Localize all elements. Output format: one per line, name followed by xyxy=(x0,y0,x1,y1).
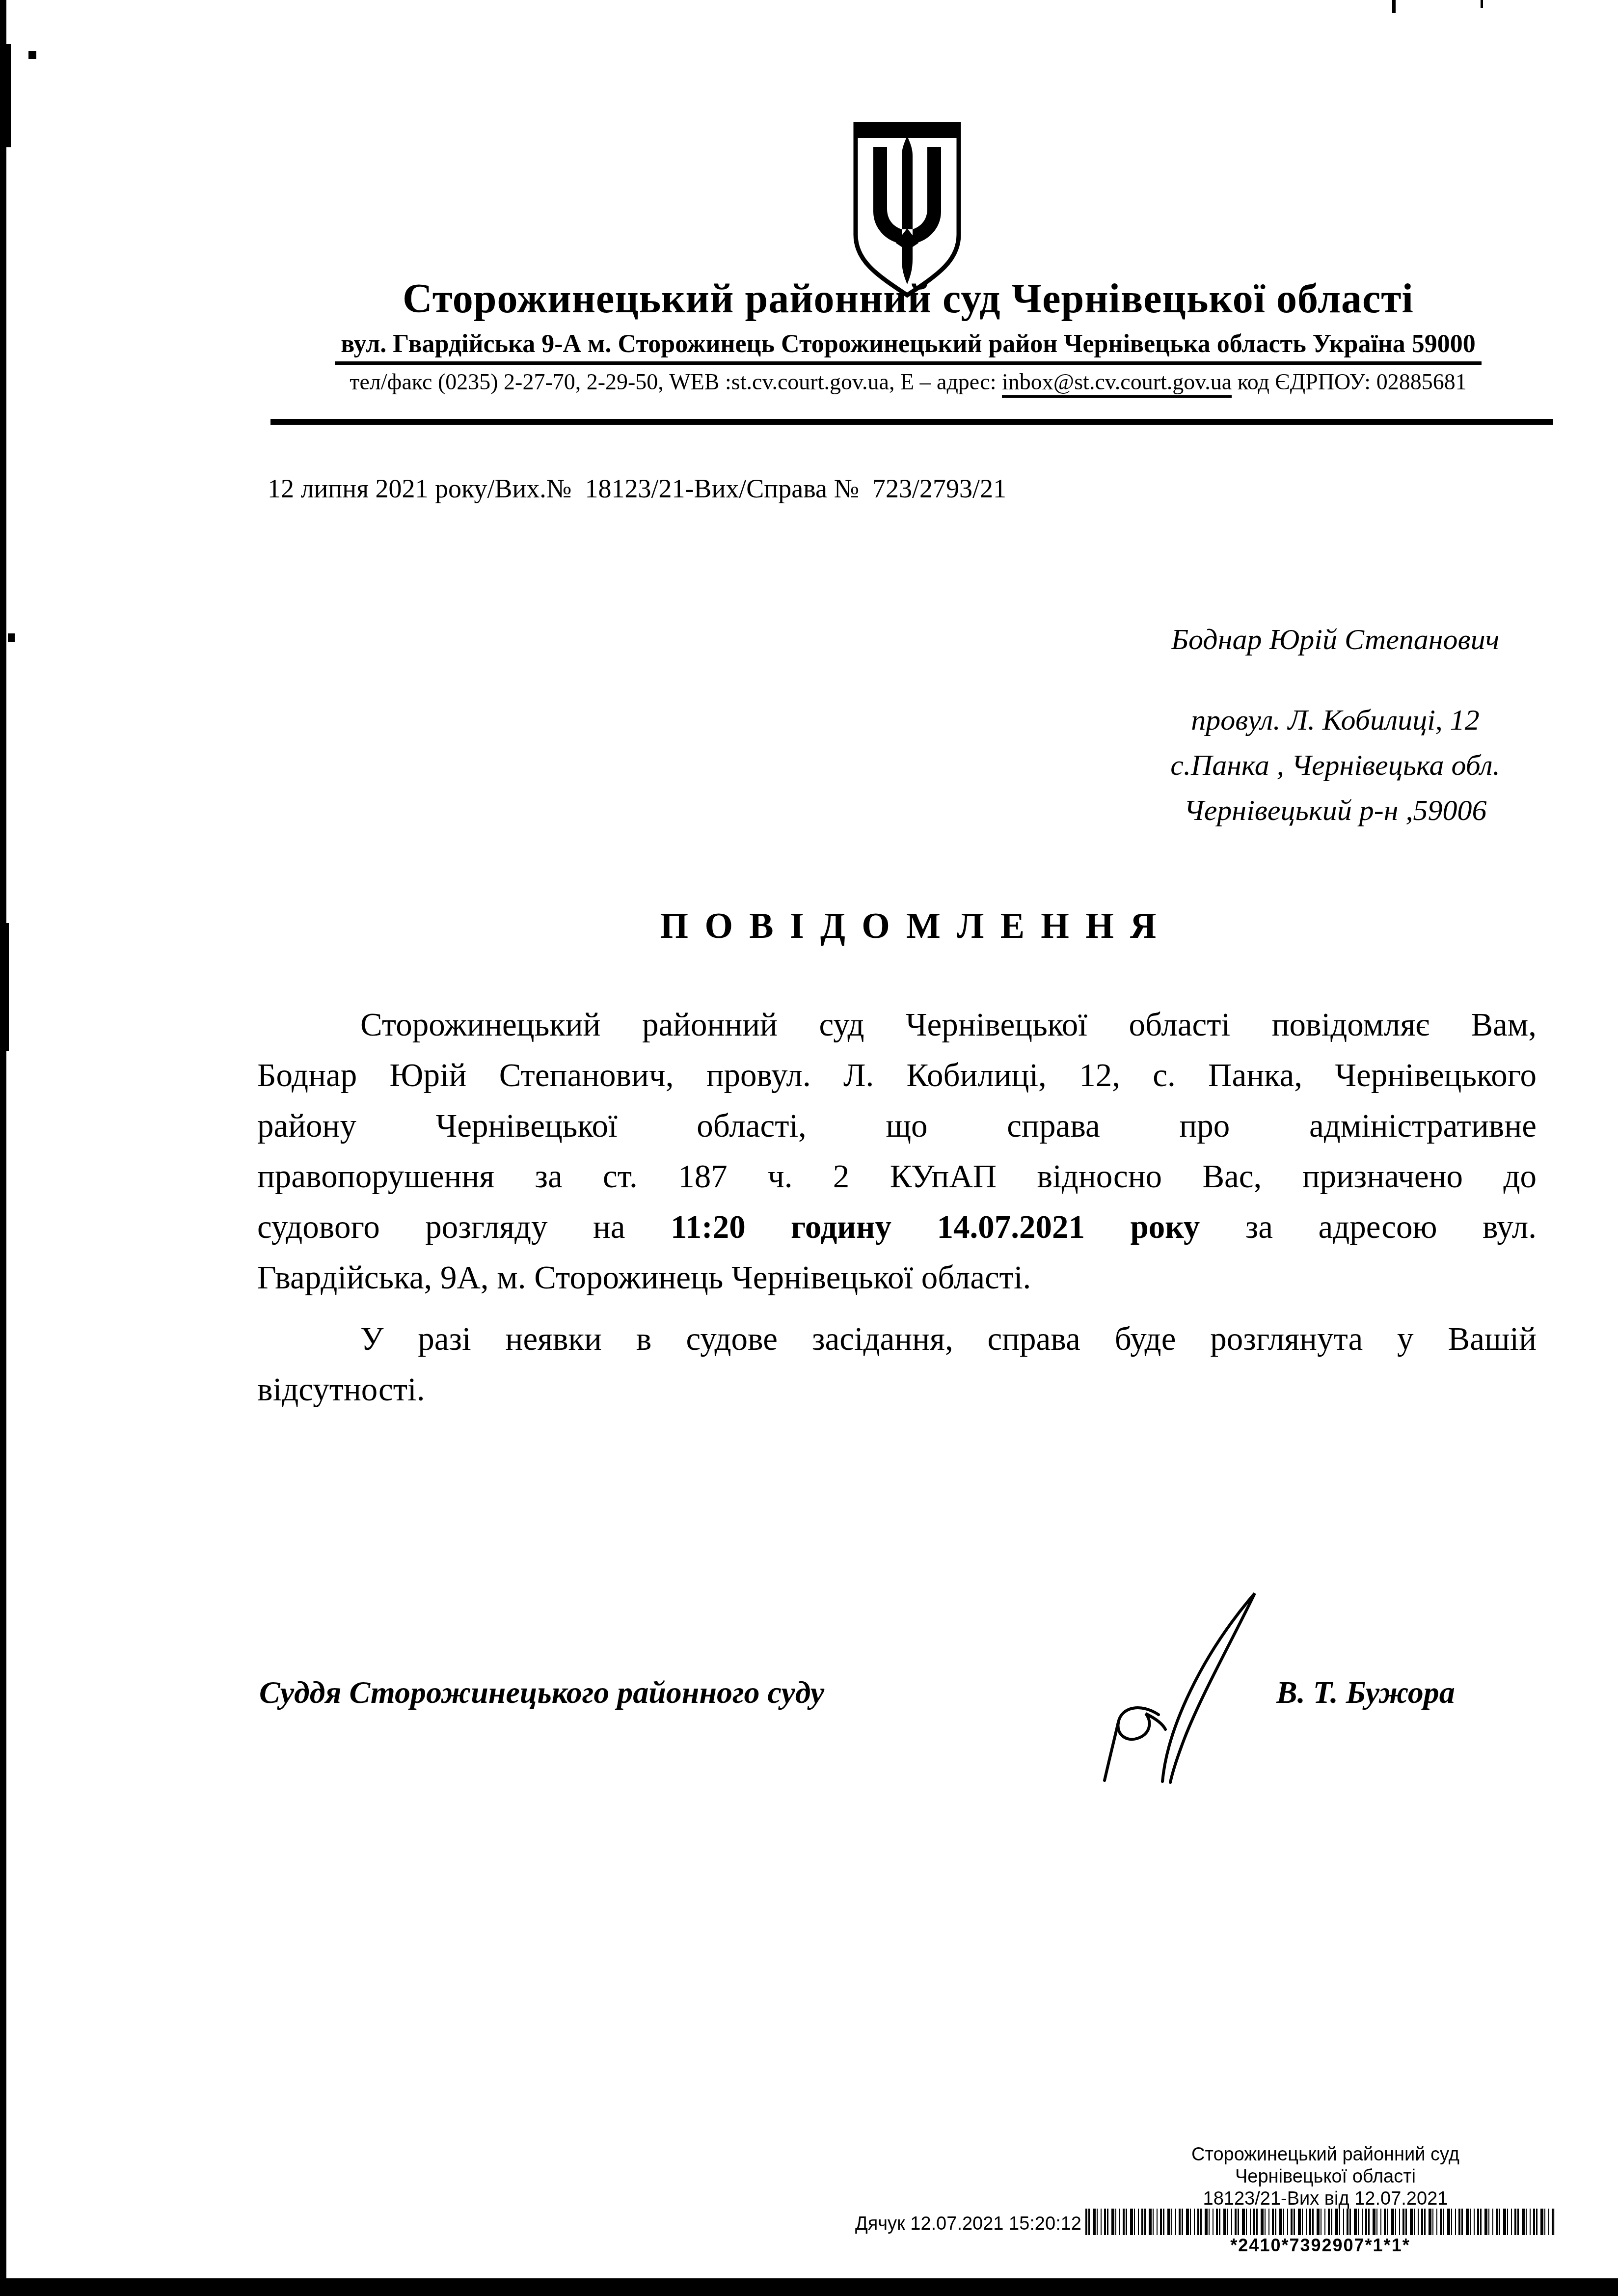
body-line: Гвардійська, 9А, м. Сторожинець Чернівец… xyxy=(257,1253,1537,1303)
court-contacts-line: тел/факс (0235) 2-27-70, 2-29-50, WEB :s… xyxy=(196,369,1618,395)
letterhead-divider xyxy=(270,419,1553,425)
recipient-address-line: с.Панка , Чернівецька обл. xyxy=(1114,742,1556,788)
scan-corner-mark xyxy=(1392,0,1396,13)
scan-bottom-edge-bar xyxy=(0,2278,1618,2296)
body-paragraph-2: У разі неявки в судове засідання, справа… xyxy=(257,1314,1537,1415)
body-paragraph-1: Сторожинецький районний суд Чернівецької… xyxy=(257,1000,1537,1303)
notice-title: ПОВІДОМЛЕННЯ xyxy=(196,905,1618,947)
signature-role: Суддя Сторожинецького районного суду xyxy=(259,1674,824,1711)
footer-registration-block: Сторожинецький районний суд Чернівецької… xyxy=(1090,2144,1561,2210)
body-line: Боднар Юрій Степанович, провул. Л. Кобил… xyxy=(257,1050,1537,1101)
court-name: Сторожинецький районний суд Чернівецької… xyxy=(196,275,1618,323)
recipient-address-line: провул. Л. Кобилиці, 12 xyxy=(1114,697,1556,742)
ukraine-trident-emblem-icon xyxy=(851,119,964,301)
scan-edge-blob xyxy=(0,923,9,1051)
court-address-line: вул. Гвардійська 9-А м. Сторожинець Стор… xyxy=(196,329,1618,365)
contacts-text: тел/факс (0235) 2-27-70, 2-29-50, WEB :s… xyxy=(350,369,1002,394)
court-address-text: вул. Гвардійська 9-А м. Сторожинець Стор… xyxy=(335,329,1482,365)
recipient-name: Боднар Юрій Степанович xyxy=(1114,617,1556,662)
footer-reference: 18123/21-Вих від 12.07.2021 xyxy=(1090,2188,1561,2210)
judge-autograph-signature-icon xyxy=(1045,1586,1275,1787)
scan-speck xyxy=(8,633,15,642)
hearing-line-prefix: судового розгляду на xyxy=(257,1209,671,1245)
recipient-address-line: Чернівецький р-н ,59006 xyxy=(1114,788,1556,833)
document-barcode-icon xyxy=(1085,2209,1555,2235)
signature-name: В. Т. Бужора xyxy=(1276,1674,1455,1711)
scan-edge-blob xyxy=(0,44,11,147)
footer-stamp-author: Дячук 12.07.2021 15:20:12 xyxy=(855,2214,1081,2235)
body-line: судового розгляду на 11:20 годину 14.07.… xyxy=(257,1202,1537,1253)
body-line: Сторожинецький районний суд Чернівецької… xyxy=(257,1000,1537,1050)
body-line: відсутності. xyxy=(257,1365,1537,1415)
court-email: inbox@st.cv.court.gov.ua xyxy=(1002,369,1232,398)
footer-court-line: Чернівецької області xyxy=(1090,2166,1561,2188)
body-line: правопорушення за ст. 187 ч. 2 КУпАП від… xyxy=(257,1151,1537,1202)
scan-speck xyxy=(28,51,36,59)
footer-court-line: Сторожинецький районний суд xyxy=(1090,2144,1561,2166)
body-line: У разі неявки в судове засідання, справа… xyxy=(257,1314,1537,1365)
hearing-datetime: 11:20 годину 14.07.2021 року xyxy=(671,1209,1200,1245)
body-line: району Чернівецької області, що справа п… xyxy=(257,1101,1537,1151)
scanned-court-letter-page: Сторожинецький районний суд Чернівецької… xyxy=(0,0,1618,2296)
hearing-line-suffix: за адресою вул. xyxy=(1200,1209,1537,1245)
scan-edge-strip xyxy=(0,0,6,2296)
edrpou-code: код ЄДРПОУ: 02885681 xyxy=(1232,369,1466,394)
barcode-text: *2410*7392907*1*1* xyxy=(1085,2235,1555,2256)
recipient-block: Боднар Юрій Степанович провул. Л. Кобили… xyxy=(1114,617,1556,833)
date-reference-line: 12 липня 2021 року/Вих.№ 18123/21-Вих/Сп… xyxy=(268,473,1006,504)
scan-corner-mark xyxy=(1481,0,1483,8)
letterhead: Сторожинецький районний суд Чернівецької… xyxy=(196,275,1618,395)
